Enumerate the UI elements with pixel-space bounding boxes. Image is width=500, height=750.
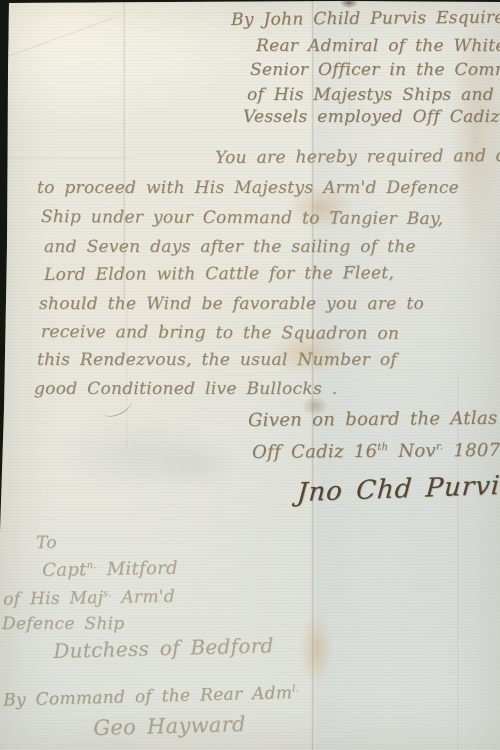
address-majesty-suffix: s. <box>103 588 112 599</box>
header-line: Senior Officer in the Command <box>250 62 500 79</box>
paper-crease-horizontal <box>0 157 135 160</box>
dateline-day-suffix: th <box>377 442 388 453</box>
watermark-ghost-small <box>150 440 240 490</box>
address-majesty-line: of His Majs. Arm'd <box>3 588 175 609</box>
body-line: and Seven days after the sailing of the <box>44 239 416 256</box>
address-ship-name: Dutchess of Bedford <box>53 635 274 661</box>
body-line: should the Wind be favorable you are to <box>39 296 424 313</box>
body-line: good Conditioned live Bullocks . <box>34 381 337 398</box>
stain-fold-bottom <box>299 612 333 686</box>
address-captain: Captn. Mitford <box>42 560 178 580</box>
dateline-place: Off Cadiz 16 <box>252 441 377 463</box>
header-line: of His Majestys Ships and <box>247 87 494 104</box>
address-captain-name: Mitford <box>97 558 179 580</box>
body-line: Ship under your Command to Tangier Bay, <box>41 209 444 228</box>
dateline-year: 1807. <box>443 440 500 462</box>
dateline-place-date: Off Cadiz 16th Novr. 1807. <box>252 442 500 462</box>
admiral-signature: Jno Chd Purvis. <box>296 472 500 506</box>
address-majesty-rest: Arm'd <box>111 587 175 608</box>
body-line: to proceed with His Majestys Arm'd Defen… <box>37 180 459 197</box>
address-to: To <box>36 535 57 552</box>
dateline-given: Given on board the Atlas <box>248 410 498 430</box>
clerk-signature: Geo Hayward <box>93 714 246 739</box>
body-line: this Rendezvous, the usual Number of <box>37 352 397 369</box>
header-line: Rear Admiral of the White and <box>256 38 500 55</box>
body-line: receive and bring to the Squadron on <box>41 324 399 343</box>
dateline-month: Nov <box>388 440 436 461</box>
address-ship-type: Defence Ship <box>2 616 125 633</box>
header-line: By John Child Purvis Esquire <box>231 10 500 29</box>
photograph-of-letter: By John Child Purvis Esquire Rear Admira… <box>0 0 500 750</box>
address-captain-suffix: n. <box>86 560 96 571</box>
footer-command-suffix: l. <box>292 683 299 694</box>
body-line: Lord Eldon with Cattle for the Fleet, <box>44 265 394 284</box>
address-captain-abbrev: Capt <box>42 559 87 581</box>
body-line: You are hereby required and directed <box>215 148 500 167</box>
letter-paper: By John Child Purvis Esquire Rear Admira… <box>0 0 500 750</box>
header-line: Vessels employed Off Cadiz . <box>243 109 500 126</box>
address-majesty-abbrev: of His Maj <box>3 588 103 610</box>
